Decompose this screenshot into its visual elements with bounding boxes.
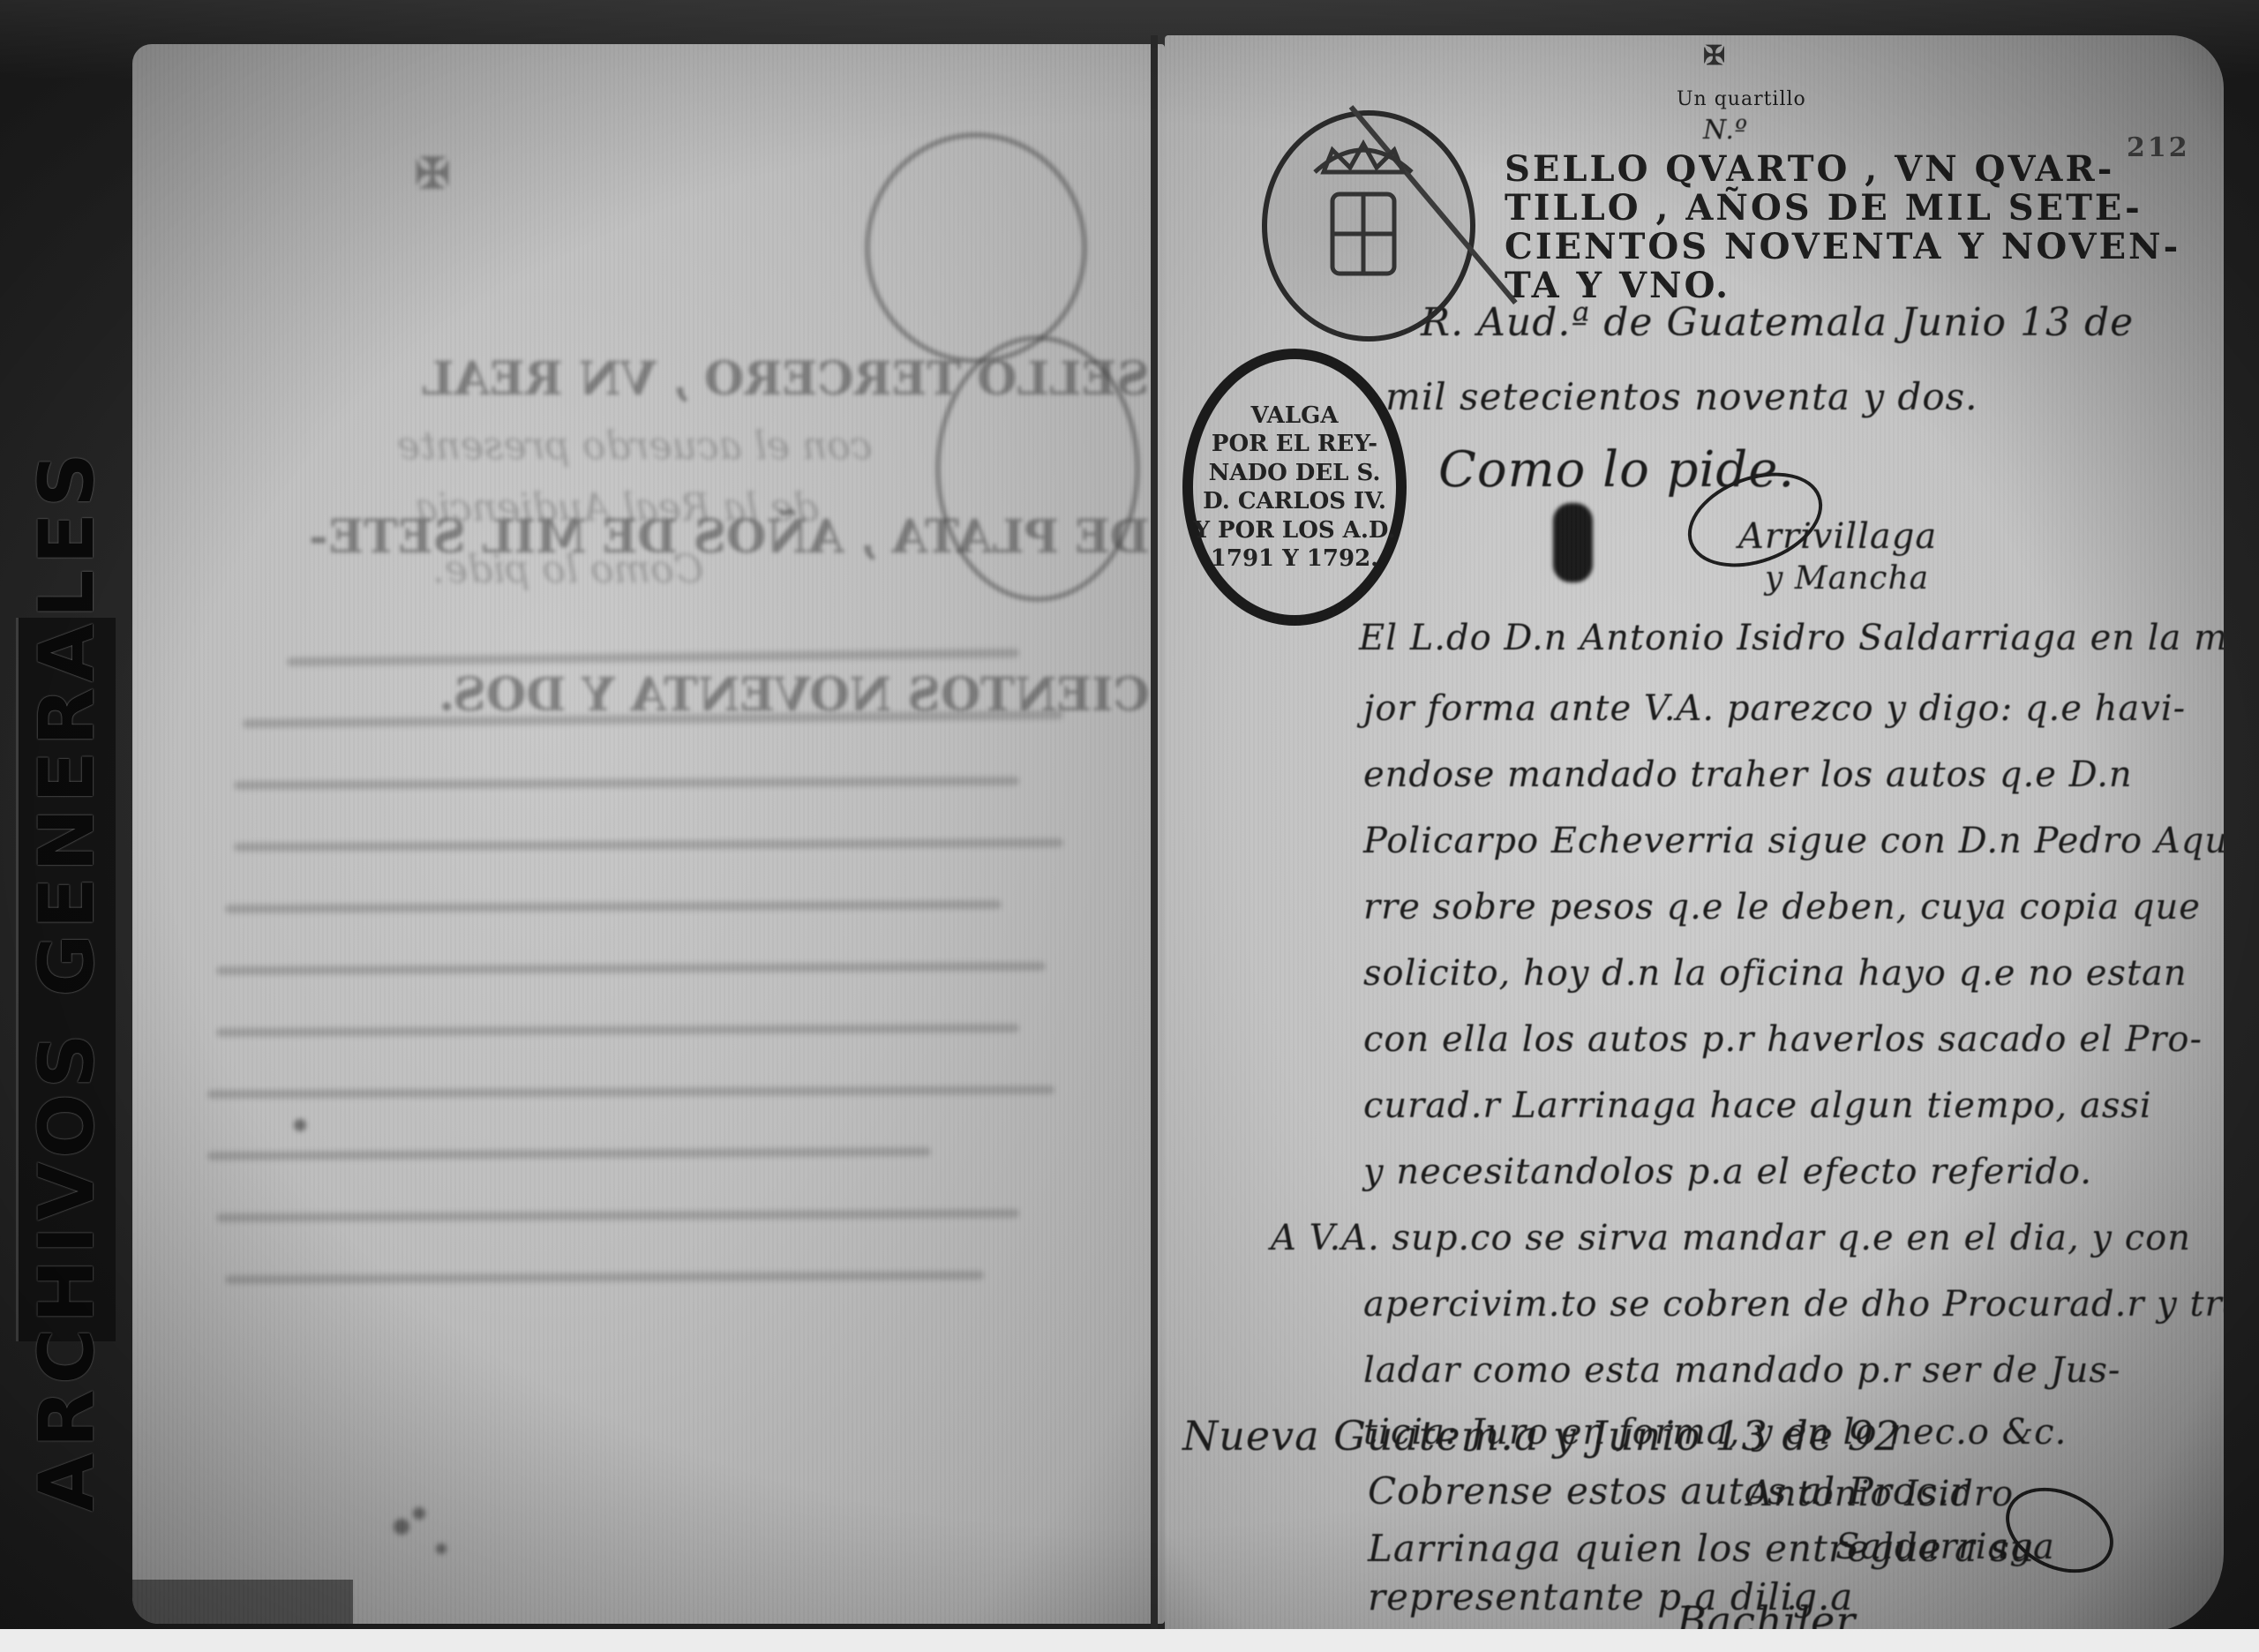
body-line: solicito, hoy d.n la oficina hayo q.e no… (1363, 953, 2188, 994)
body-line: Policarpo Echeverria sigue con D.n Pedro… (1363, 821, 2224, 861)
footer-decree-line: Larrinaga quien los entregue a su (1368, 1527, 2035, 1570)
body-line: jor forma ante V.A. parezco y digo: q.e … (1363, 688, 2186, 729)
showthrough-body-lines (132, 44, 1165, 1624)
body-line: endose mandado traher los autos q.e D.n (1363, 755, 2133, 795)
body-line: apercivim.to se cobren de dho Procurad.r… (1363, 1284, 2224, 1325)
stamp-line: D. CARLOS IV. (1203, 487, 1386, 516)
archive-label-strip: ARCHIVOS GENERALES (16, 618, 116, 1341)
printed-stamp-header: SELLO QVARTO , VN QVAR- TILLO , AÑOS DE … (1505, 150, 2180, 305)
body-line: A V.A. sup.co se sirva mandar q.e en el … (1271, 1218, 2191, 1258)
body-line: rre sobre pesos q.e le deben, cuya copia… (1363, 887, 2201, 927)
royal-round-seal (1262, 110, 1475, 342)
body-line: curad.r Larrinaga hace algun tiempo, ass… (1363, 1085, 2152, 1126)
crown-icon (1262, 110, 1465, 331)
stamp-line: POR EL REY- (1212, 430, 1377, 459)
cross-mark: ✠ (1703, 41, 1728, 71)
dateline: R. Aud.ª de Guatemala Junio 13 de (1421, 300, 2134, 345)
body-line: El L.do D.n Antonio Isidro Saldarriaga e… (1359, 618, 2224, 658)
signature-mancha: y Mancha (1765, 560, 1929, 597)
body-line: con ella los autos p.r haverlos sacado e… (1363, 1019, 2203, 1060)
left-page: SELLO TERCERO , VN REAL DE PLATA , AÑOS … (132, 44, 1165, 1624)
dateline-continued: mil setecientos noventa y dos. (1385, 375, 1978, 418)
stamp-line: NADO DEL S. (1209, 459, 1381, 488)
archive-label-text: ARCHIVOS GENERALES (23, 447, 111, 1512)
printed-line: CIENTOS NOVENTA Y NOVEN- (1505, 228, 2180, 267)
folio-mark: N.º (1703, 115, 1748, 146)
header-note: Un quartillo (1677, 88, 1806, 110)
bottom-margin (0, 1629, 2259, 1652)
valga-oval-stamp: VALGA POR EL REY- NADO DEL S. D. CARLOS … (1182, 349, 1407, 626)
footer-decree-line: Nueva Guatem.a y Junio 13 de 92 (1182, 1412, 1901, 1460)
stamp-line: Y POR LOS A.D. (1193, 516, 1395, 545)
printed-line: TILLO , AÑOS DE MIL SETE- (1505, 189, 2180, 228)
printed-line: SELLO QVARTO , VN QVAR- (1505, 150, 2180, 189)
page-corner-shadow (132, 1580, 353, 1624)
body-line: y necesitandolos p.a el efecto referido. (1363, 1152, 2092, 1192)
body-line: ladar como esta mandado p.r ser de Jus- (1363, 1350, 2120, 1391)
binding-gutter (1151, 35, 1158, 1633)
stamp-line: 1791 Y 1792. (1211, 544, 1378, 574)
stamp-line: VALGA (1251, 402, 1339, 431)
signature-bachiler: Bachiler (1677, 1597, 1856, 1633)
ink-blot (1553, 503, 1593, 582)
footer-decree-line: Cobrense estos autos al Proc.r (1368, 1469, 1969, 1513)
